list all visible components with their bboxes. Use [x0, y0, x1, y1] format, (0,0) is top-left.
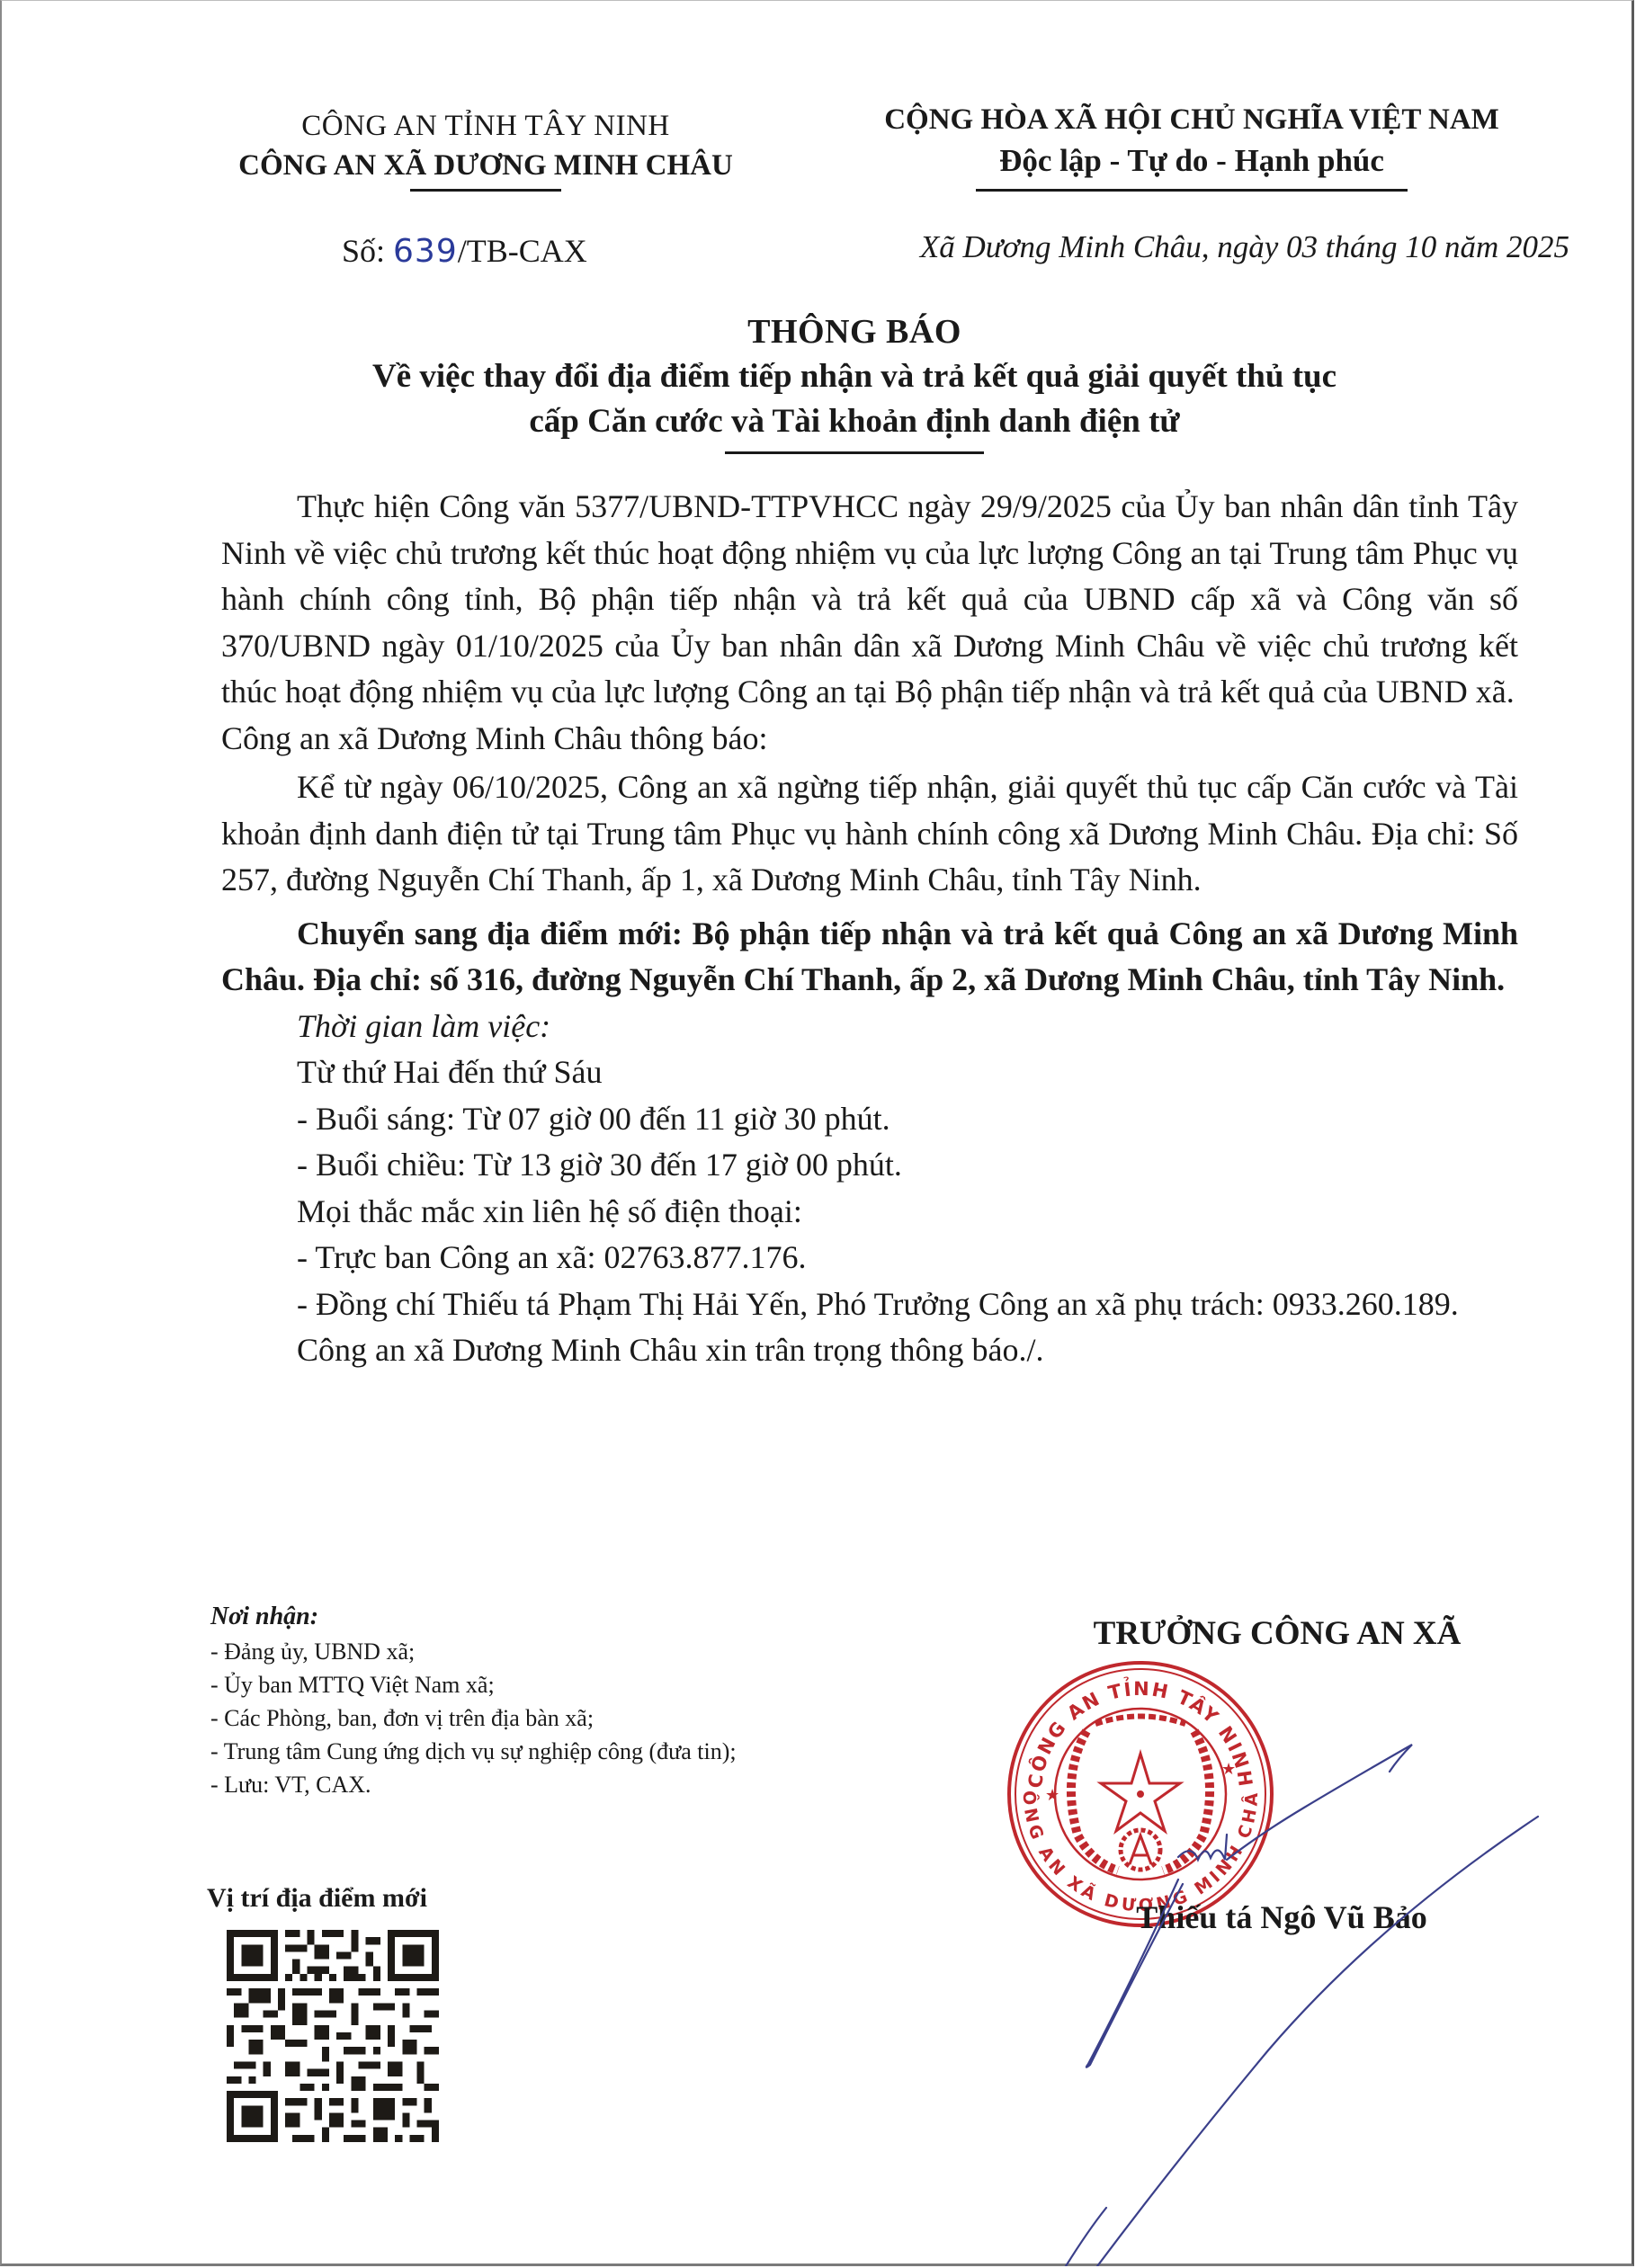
nation-name: CỘNG HÒA XÃ HỘI CHỦ NGHĨA VIỆT NAM [814, 99, 1569, 140]
working-days: Từ thứ Hai đến thứ Sáu [221, 1049, 1518, 1096]
contact-heading: Mọi thắc mắc xin liên hệ số điện thoại: [221, 1189, 1518, 1236]
recipient-item: - Lưu: VT, CAX. [210, 1768, 768, 1801]
issuing-agency-block: CÔNG AN TỈNH TÂY NINH CÔNG AN XÃ DƯƠNG M… [180, 106, 791, 192]
recipient-item: - Ủy ban MTTQ Việt Nam xã; [210, 1668, 768, 1701]
national-header-block: CỘNG HÒA XÃ HỘI CHỦ NGHĨA VIỆT NAM Độc l… [814, 99, 1569, 192]
recipients-heading: Nơi nhận: [210, 1599, 768, 1635]
parent-agency: CÔNG AN TỈNH TÂY NINH [180, 106, 791, 146]
agency-underline [410, 189, 561, 192]
contact-duty-phone: - Trực ban Công an xã: 02763.877.176. [221, 1235, 1518, 1281]
document-body: Thực hiện Công văn 5377/UBND-TTPVHCC ngà… [221, 484, 1518, 1374]
recipient-item: - Trung tâm Cung ứng dịch vụ sự nghiệp c… [210, 1735, 768, 1768]
contact-officer-phone: - Đồng chí Thiếu tá Phạm Thị Hải Yến, Ph… [221, 1281, 1518, 1328]
doc-number-handwritten: 639 [393, 233, 458, 270]
doc-number-prefix: Số: [342, 233, 393, 269]
document-number: Số: 639/TB-CAX [342, 232, 587, 270]
paragraph-stop-old-location: Kể từ ngày 06/10/2025, Công an xã ngừng … [221, 764, 1518, 904]
closing-line: Công an xã Dương Minh Châu xin trân trọn… [221, 1327, 1518, 1374]
handwritten-signature-icon [1034, 1709, 1592, 2266]
motto-underline [976, 189, 1408, 192]
working-hours-heading: Thời gian làm việc: [221, 1004, 1518, 1050]
agency-name: CÔNG AN XÃ DƯƠNG MINH CHÂU [180, 146, 791, 185]
recipient-item: - Các Phòng, ban, đơn vị trên địa bàn xã… [210, 1701, 768, 1735]
subject-line-1: Về việc thay đổi địa điểm tiếp nhận và t… [225, 354, 1484, 399]
qr-label: Vị trí địa điểm mới [207, 1883, 427, 1914]
place-date-line: Xã Dương Minh Châu, ngày 03 tháng 10 năm… [805, 229, 1569, 265]
qr-code-icon[interactable] [227, 1930, 439, 2142]
subject-line-2: cấp Căn cước và Tài khoản định danh điện… [225, 399, 1484, 444]
recipients-block: Nơi nhận: - Đảng ủy, UBND xã; - Ủy ban M… [210, 1599, 768, 1801]
paragraph-reference: Thực hiện Công văn 5377/UBND-TTPVHCC ngà… [221, 484, 1518, 716]
title-underline [725, 451, 984, 454]
paragraph-new-location: Chuyển sang địa điểm mới: Bộ phận tiếp n… [221, 911, 1518, 1004]
doc-number-suffix: /TB-CAX [458, 233, 587, 269]
paragraph-announce: Công an xã Dương Minh Châu thông báo: [221, 716, 1518, 763]
signer-title: TRƯỞNG CÔNG AN XÃ [1052, 1614, 1502, 1653]
document-title-block: THÔNG BÁO Về việc thay đổi địa điểm tiếp… [225, 309, 1484, 454]
document-type: THÔNG BÁO [225, 309, 1484, 354]
morning-hours: - Buổi sáng: Từ 07 giờ 00 đến 11 giờ 30 … [221, 1096, 1518, 1143]
afternoon-hours: - Buổi chiều: Từ 13 giờ 30 đến 17 giờ 00… [221, 1142, 1518, 1189]
national-motto: Độc lập - Tự do - Hạnh phúc [814, 140, 1569, 182]
recipient-item: - Đảng ủy, UBND xã; [210, 1635, 768, 1668]
